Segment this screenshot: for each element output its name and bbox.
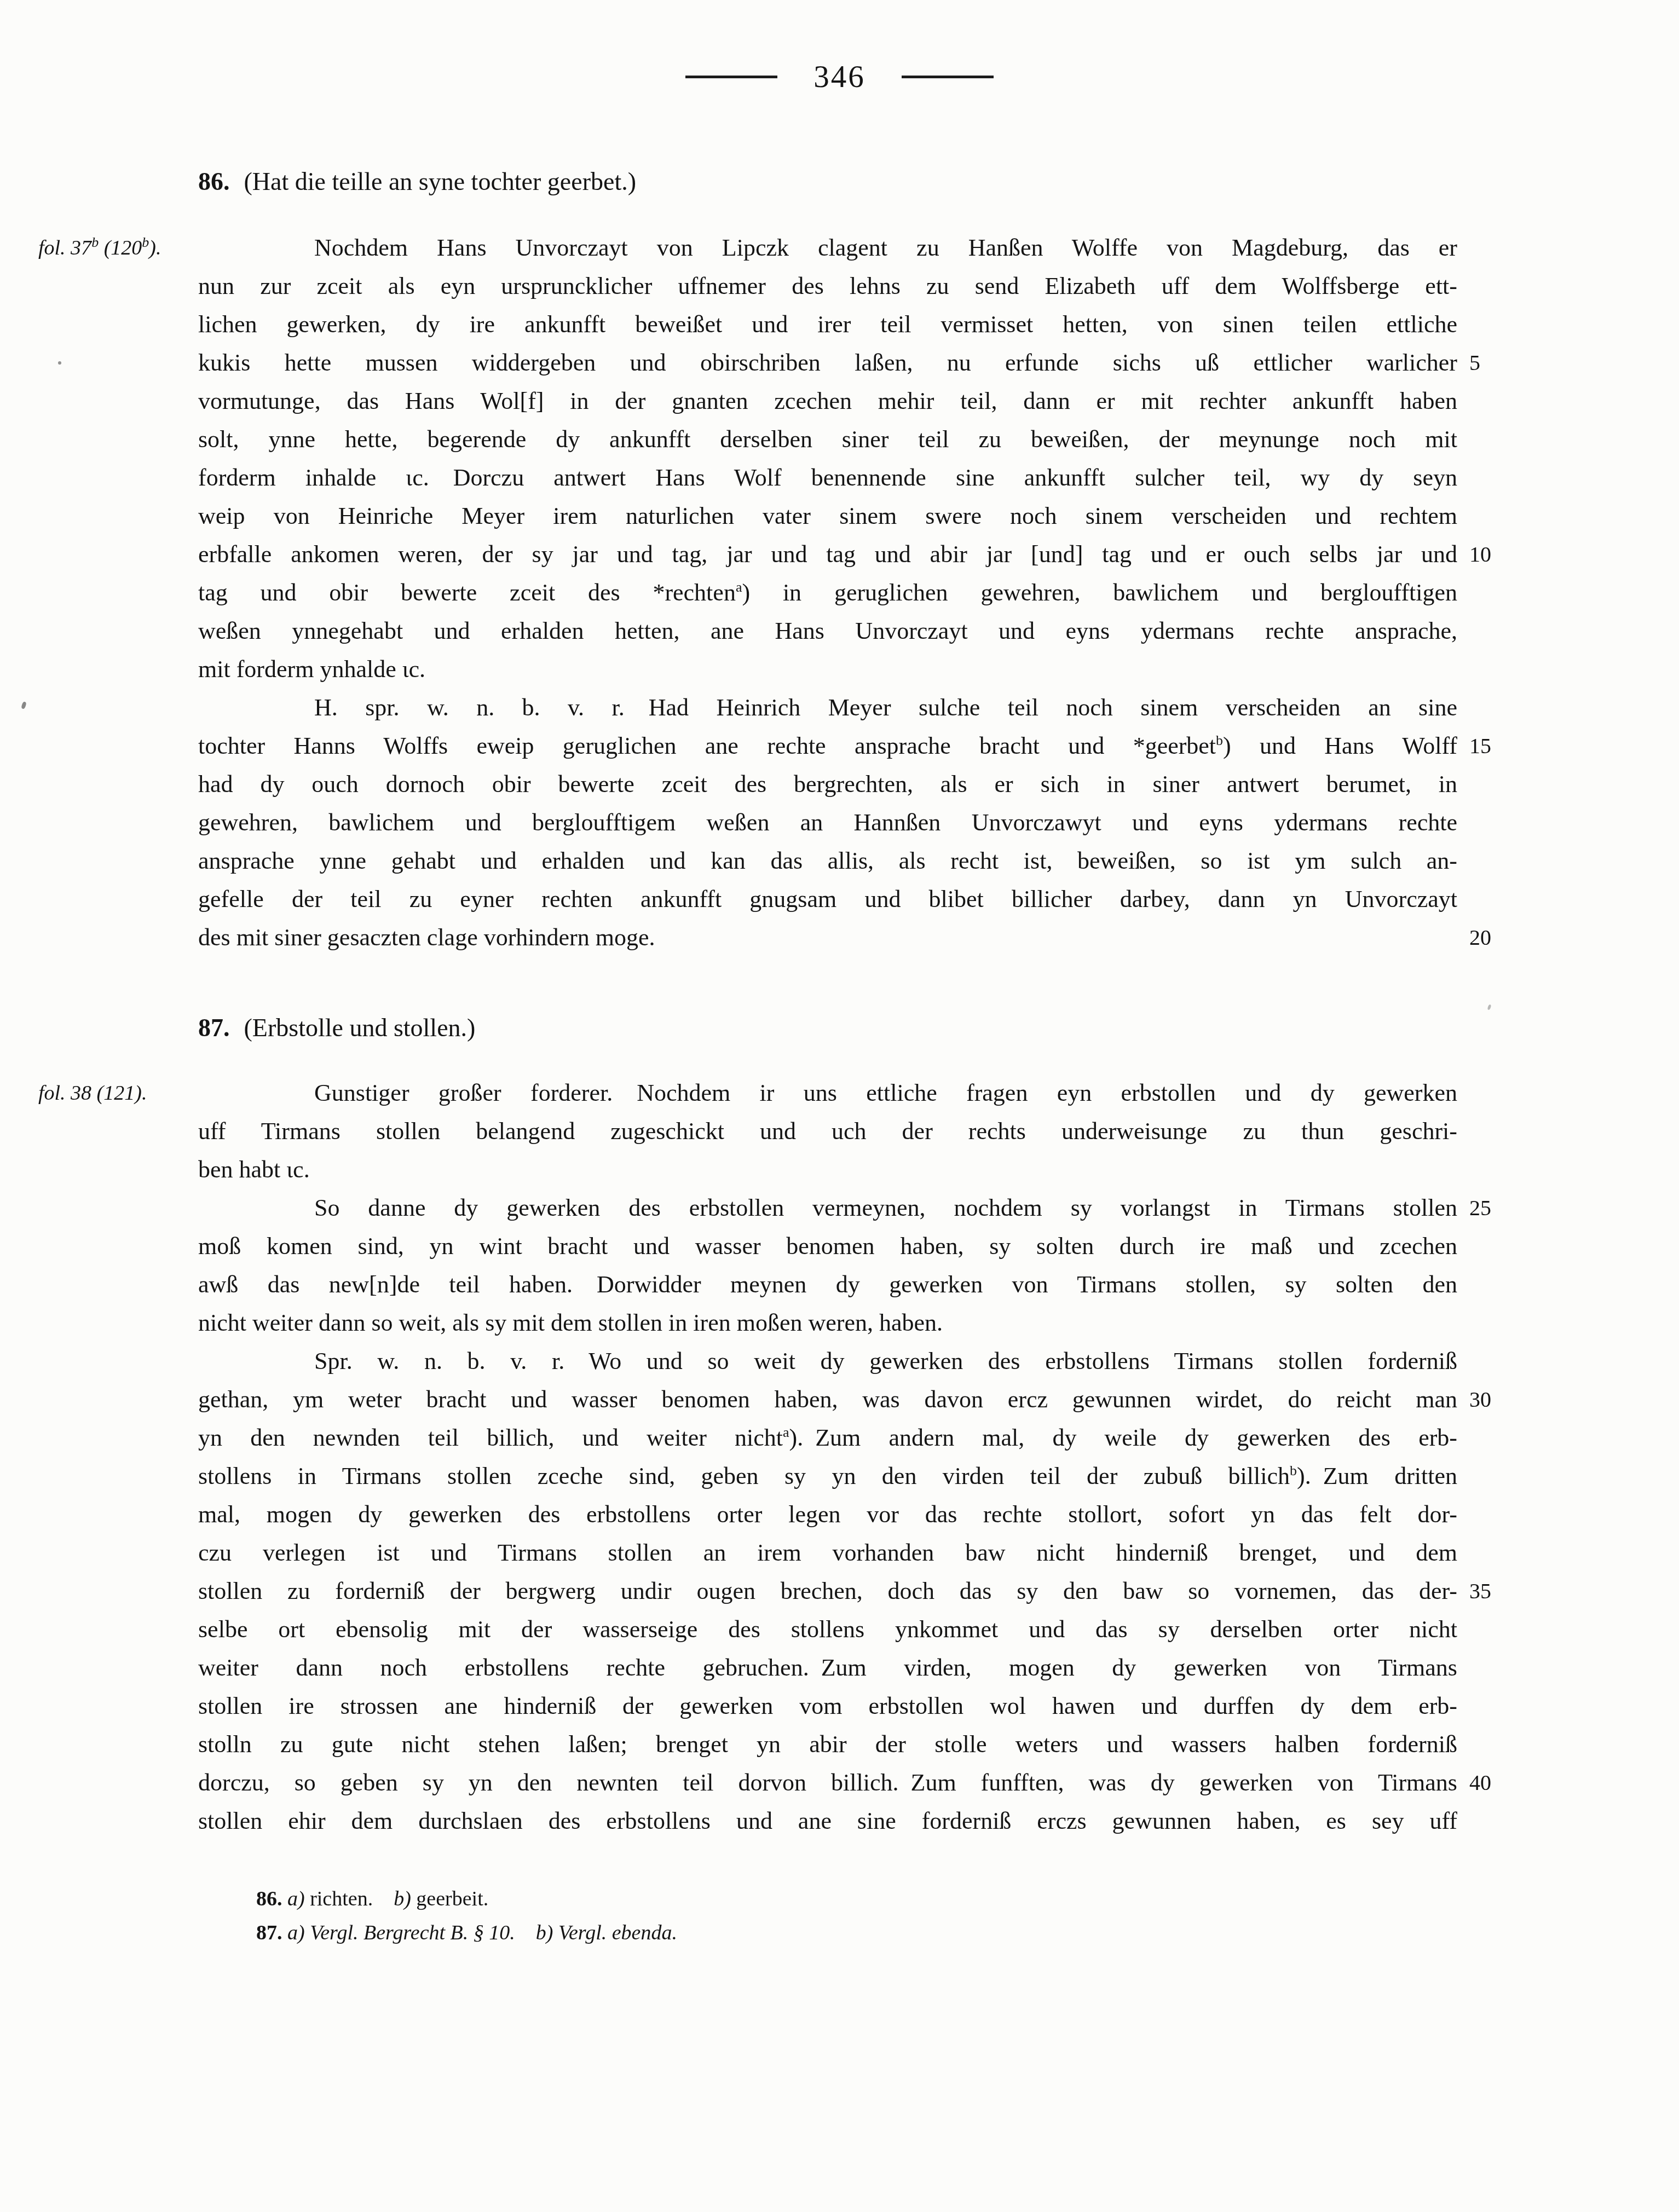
text-line: mit forderm ynhalde ɩc. xyxy=(198,650,1457,689)
section-86-title: (Hat die teille an syne tochter geerbet.… xyxy=(244,168,637,195)
head-rule-left xyxy=(685,76,777,78)
text-line: yn den newnden teil billich, und weiter … xyxy=(198,1419,1457,1457)
text-line: Spr. w. n. b. v. r. Wo und so weit dy ge… xyxy=(198,1342,1457,1381)
footnote: 87. a) Vergl. Bergrecht B. § 10. b) Verg… xyxy=(256,1916,1406,1950)
text-line: So danne dy gewerken des erbstollen verm… xyxy=(198,1189,1457,1227)
text-line: lichen gewerken, dy ire ankunfft beweiße… xyxy=(198,305,1457,344)
text-line: awß das new[n]de teil haben. Dorwidder m… xyxy=(198,1266,1457,1304)
text-line: czu verlegen ist und Tirmans stollen an … xyxy=(198,1534,1457,1572)
text-line: stollen ehir dem durchslaen des erbstoll… xyxy=(198,1802,1457,1840)
folio-margin-note: fol. 38 (121). xyxy=(38,1074,194,1112)
page-number: 346 xyxy=(813,61,866,93)
text-line: gefelle der teil zu eyner rechten ankunf… xyxy=(198,880,1457,919)
section-87-number: 87. xyxy=(198,1014,230,1042)
line-number: 10 xyxy=(1469,535,1519,574)
section-87-heading: 87.(Erbstolle und stollen.) xyxy=(198,1012,475,1044)
text-line: kukis hette mussen widdergeben und obirs… xyxy=(198,344,1457,382)
footnote-segment: b) xyxy=(394,1887,416,1910)
text-line: had dy ouch dornoch obir bewerte zceit d… xyxy=(198,765,1457,804)
text-line: ansprache ynne gehabt und erhalden und k… xyxy=(198,842,1457,880)
footnote-segment: a) Vergl. Bergrecht B. § 10. b) Vergl. e… xyxy=(287,1921,677,1944)
text-line: weip von Heinriche Meyer irem naturliche… xyxy=(198,497,1457,535)
scanned-book-page: 346 86.(Hat die teille an syne tochter g… xyxy=(0,0,1679,2212)
section-87-text: Gunstiger großer forderer. Nochdem ir un… xyxy=(198,1074,1457,1840)
text-line: tochter Hanns Wolffs eweip geruglichen a… xyxy=(198,727,1457,765)
section-86-number: 86. xyxy=(198,168,230,195)
text-line: Nochdem Hans Unvorczayt von Lipczk clage… xyxy=(198,229,1457,267)
section-86-text: Nochdem Hans Unvorczayt von Lipczk clage… xyxy=(198,229,1457,957)
ink-speck xyxy=(21,701,27,709)
section-87-title: (Erbstolle und stollen.) xyxy=(244,1014,476,1042)
text-line: des mit siner gesaczten clage vorhindern… xyxy=(198,919,1457,957)
footnote-segment: richten. xyxy=(310,1887,394,1910)
footnote-segment: 86. xyxy=(256,1887,287,1910)
text-line: moß komen sind, yn wint bracht und wasse… xyxy=(198,1227,1457,1266)
text-line: stolln zu gute nicht stehen laßen; breng… xyxy=(198,1725,1457,1764)
text-line: solt, ynne hette, begerende dy ankunfft … xyxy=(198,420,1457,459)
apparatus-footnotes: 86. a) richten. b) geerbeit.87. a) Vergl… xyxy=(256,1882,1406,1950)
text-line: erbfalle ankomen weren, der sy jar und t… xyxy=(198,535,1457,574)
text-line: uff Tirmans stollen belangend zugeschick… xyxy=(198,1112,1457,1151)
text-line: dorczu, so geben sy yn den newnten teil … xyxy=(198,1764,1457,1802)
text-line: tag und obir bewerte zceit des *rechtena… xyxy=(198,574,1457,612)
line-number: 35 xyxy=(1469,1572,1519,1610)
line-number: 15 xyxy=(1469,727,1519,765)
text-line: selbe ort ebensolig mit der wasserseige … xyxy=(198,1610,1457,1649)
ink-speck xyxy=(1487,1004,1491,1010)
text-line: stollen ire strossen ane hinderniß der g… xyxy=(198,1687,1457,1725)
text-line: forderm inhalde ɩc. Dorczu antwert Hans … xyxy=(198,459,1457,497)
line-number: 40 xyxy=(1469,1764,1519,1802)
text-line: weßen ynnegehabt und erhalden hetten, an… xyxy=(198,612,1457,650)
text-line: stollen zu forderniß der bergwerg undir … xyxy=(198,1572,1457,1610)
ink-speck xyxy=(58,361,61,365)
line-number: 25 xyxy=(1469,1189,1519,1227)
text-line: vormutunge, das Hans Wol[f] in der gnant… xyxy=(198,382,1457,420)
footnote-segment: geerbeit. xyxy=(416,1887,488,1910)
footnote-segment: a) xyxy=(287,1887,310,1910)
text-line: gewehren, bawlichem und bergloufftigem w… xyxy=(198,804,1457,842)
text-line: stollens in Tirmans stollen zceche sind,… xyxy=(198,1457,1457,1495)
footnote: 86. a) richten. b) geerbeit. xyxy=(256,1882,1406,1916)
head-rule-right xyxy=(902,76,994,78)
folio-margin-note: fol. 37b (120b). xyxy=(38,229,194,267)
footnote-segment: 87. xyxy=(256,1921,287,1944)
line-number: 5 xyxy=(1469,344,1519,382)
text-line: nicht weiter dann so weit, als sy mit de… xyxy=(198,1304,1457,1342)
text-line: weiter dann noch erbstollens rechte gebr… xyxy=(198,1649,1457,1687)
line-number: 30 xyxy=(1469,1381,1519,1419)
text-line: gethan, ym weter bracht und wasser benom… xyxy=(198,1381,1457,1419)
text-line: nun zur zceit als eyn urspruncklicher uf… xyxy=(198,267,1457,305)
running-head: 346 xyxy=(0,61,1679,93)
text-line: Gunstiger großer forderer. Nochdem ir un… xyxy=(198,1074,1457,1112)
line-number: 20 xyxy=(1469,919,1519,957)
text-line: H. spr. w. n. b. v. r. Had Heinrich Meye… xyxy=(198,689,1457,727)
text-line: mal, mogen dy gewerken des erbstollens o… xyxy=(198,1495,1457,1534)
text-line: ben habt ɩc. xyxy=(198,1151,1457,1189)
section-86-heading: 86.(Hat die teille an syne tochter geerb… xyxy=(198,165,636,198)
